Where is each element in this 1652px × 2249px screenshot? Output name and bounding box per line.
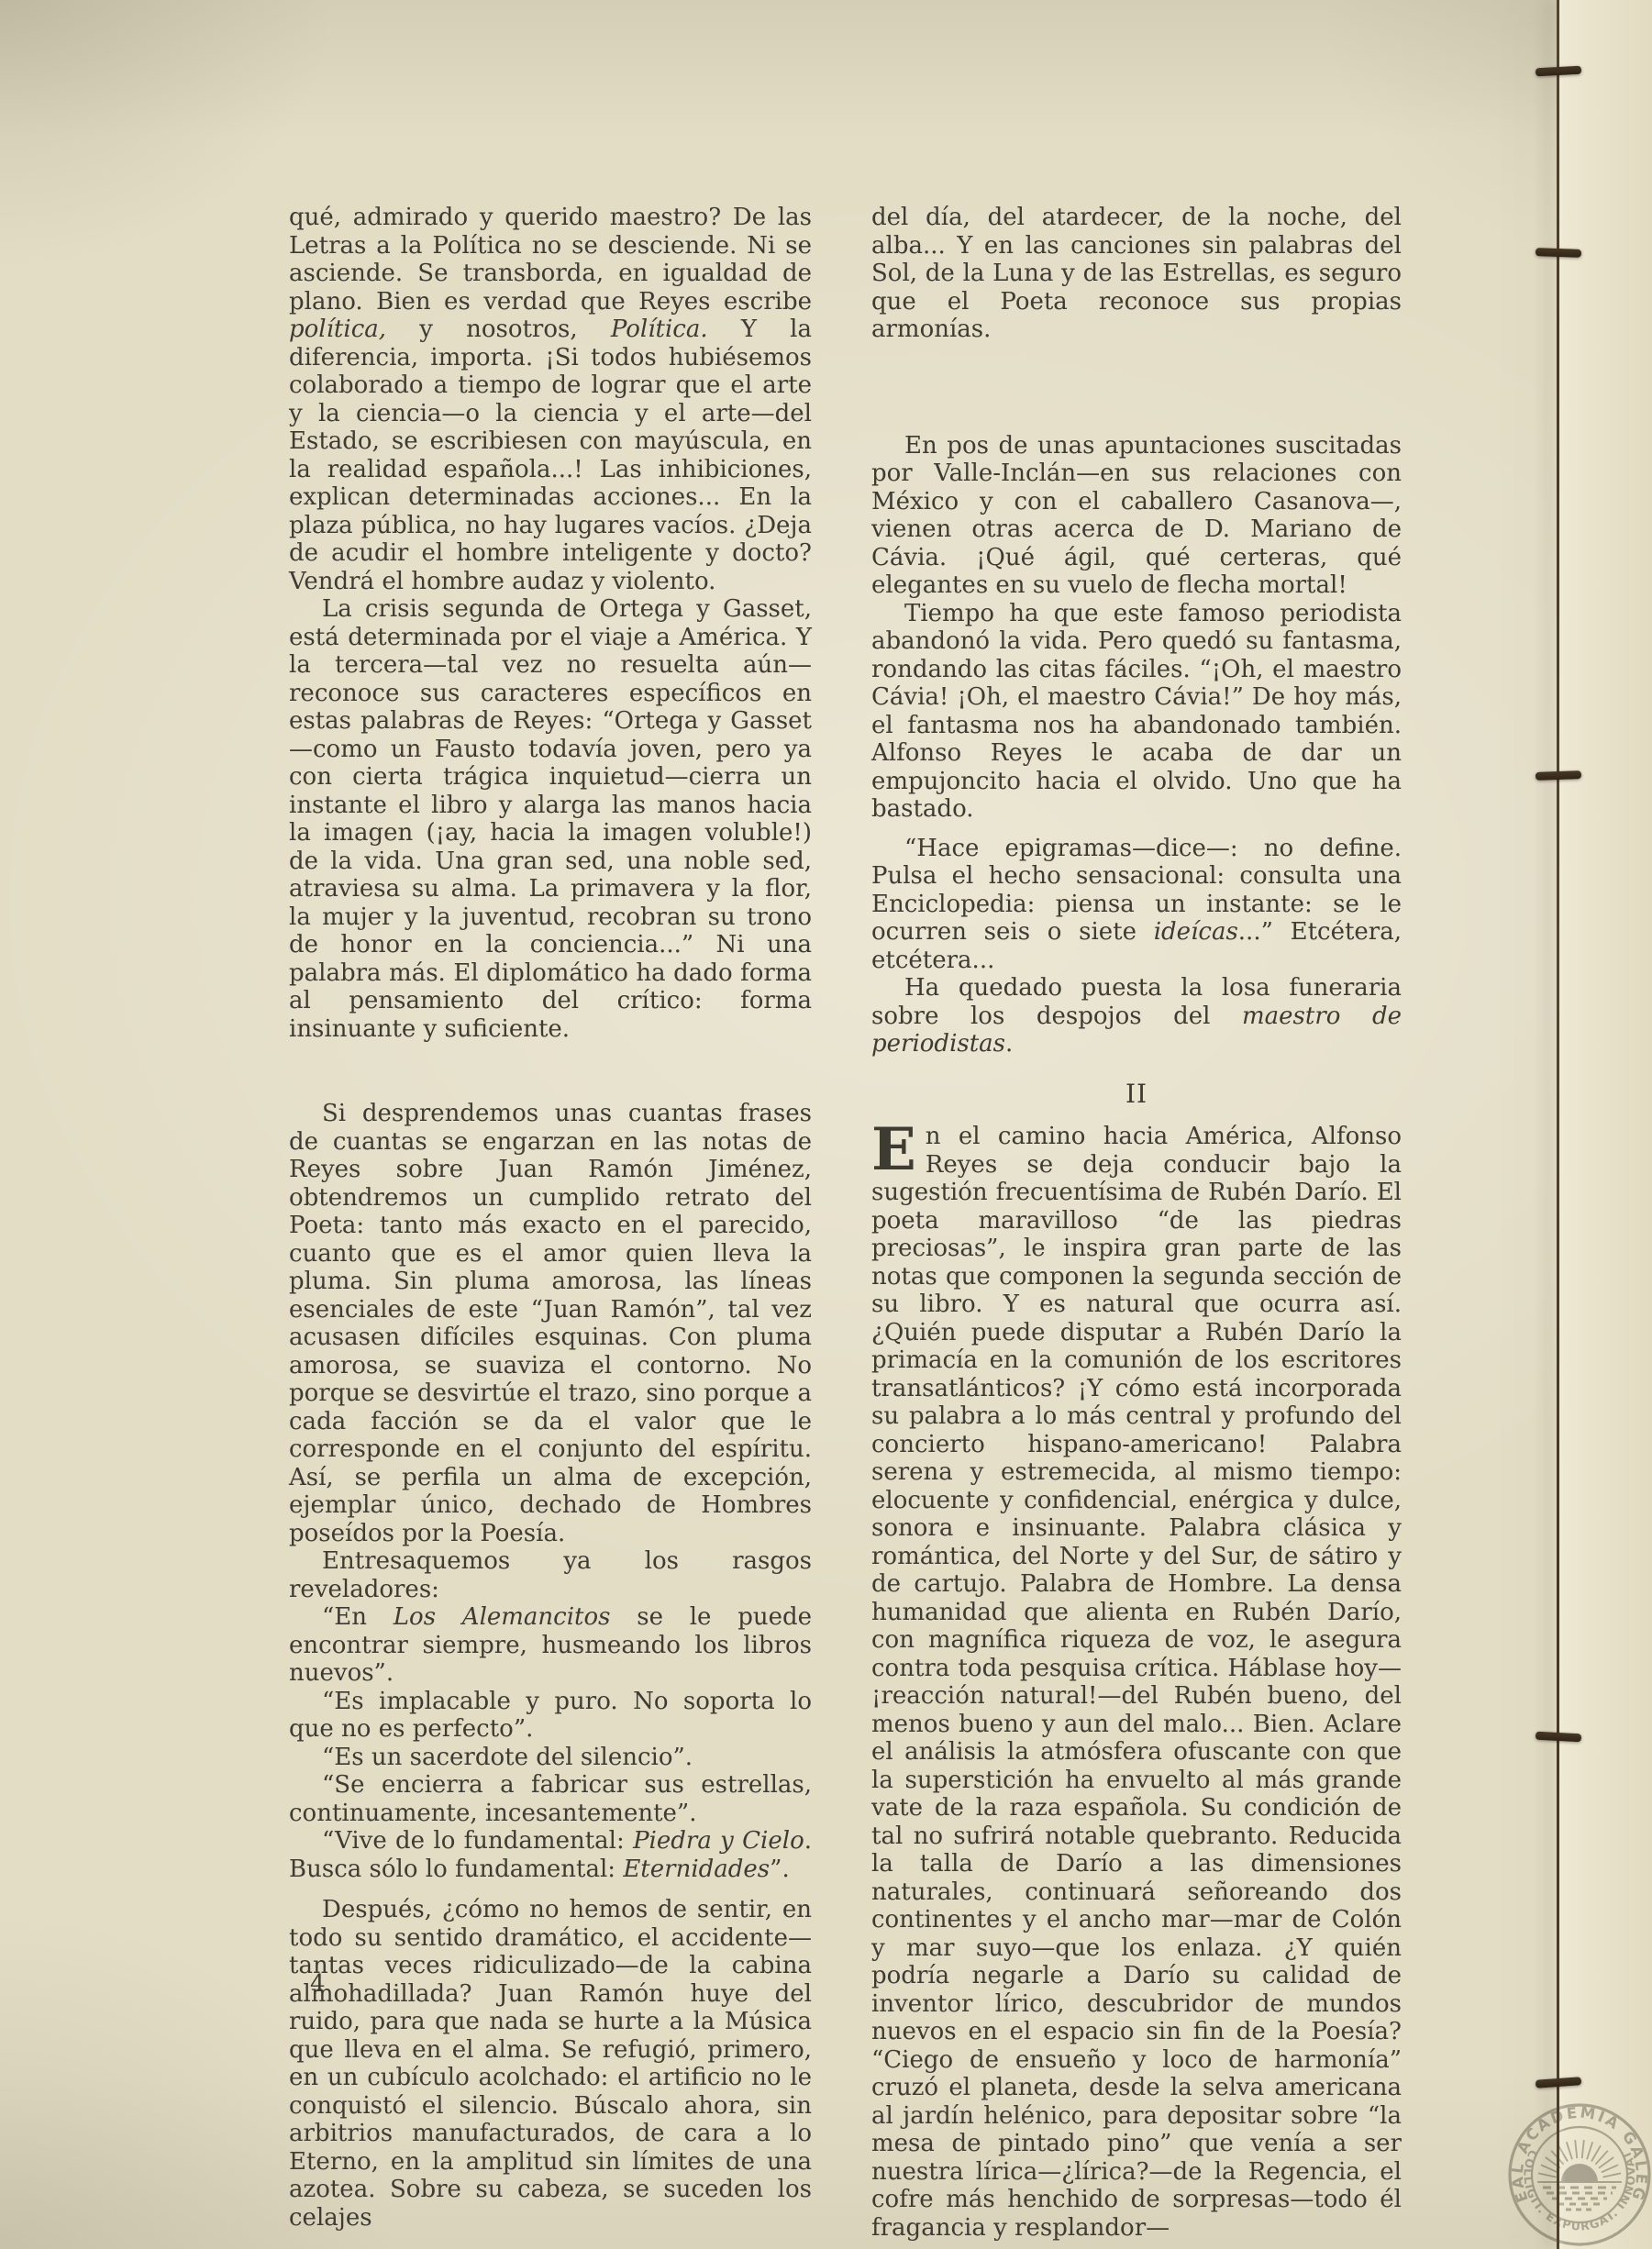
text-run: Si desprendemos unas cuantas frases de c… (289, 1100, 812, 1547)
text-run: “Se encierra a fabricar sus estrellas, c… (289, 1771, 812, 1827)
italic-text-run: Piedra y Cielo (633, 1827, 804, 1855)
right-text-column: del día, del atardecer, de la noche, del… (871, 204, 1402, 2242)
paragraph: Entresaquemos ya los rasgos reveladores: (289, 1547, 812, 1603)
library-stamp: REAL ACADEMIA GALEGA COLLIGIT. EXPURGAT.… (1499, 2094, 1652, 2249)
italic-text-run: Política. (611, 316, 708, 343)
paragraph: “En Los Alemancitos se le puede encontra… (289, 1603, 812, 1688)
text-run: n el camino hacia América, Alfonso Reyes… (871, 1123, 1402, 2242)
paragraph: Después, ¿cómo no hemos de sentir, en to… (289, 1896, 812, 2232)
adjacent-page-edge (1559, 0, 1652, 2249)
left-text-column: qué, admirado y querido maestro? De las … (289, 204, 812, 2232)
text-run: La crisis segunda de Ortega y Gasset, es… (289, 595, 812, 1043)
text-run: “En (322, 1603, 394, 1631)
paragraph: Tiempo ha que este famoso periodista aba… (871, 600, 1402, 824)
paragraph: Ha quedado puesta la losa funeraria sobr… (871, 974, 1402, 1058)
paragraph: Si desprendemos unas cuantas frases de c… (289, 1100, 812, 1547)
paragraph: “Se encierra a fabricar sus estrellas, c… (289, 1771, 812, 1827)
text-run: “Es un sacerdote del silencio”. (322, 1744, 693, 1771)
text-run: “Es implacable y puro. No soporta lo que… (289, 1688, 812, 1744)
paragraph: La crisis segunda de Ortega y Gasset, es… (289, 595, 812, 1043)
binding-stitch (1536, 1732, 1581, 1743)
stamp-bottom-text-path: COLLIGIT. EXPURGAT. INNOVAT (1521, 2148, 1637, 2233)
text-run: En pos de unas apuntaciones suscitadas p… (871, 432, 1402, 600)
paragraph: “Vive de lo fundamental: Piedra y Cielo.… (289, 1827, 812, 1883)
right-column-lower-block: En el camino hacia América, Alfonso Reye… (871, 1123, 1402, 2242)
section-heading: II (871, 1080, 1402, 1109)
binding-gutter-crease (1557, 0, 1559, 2249)
right-column-upper-block: del día, del atardecer, de la noche, del… (871, 204, 1402, 1058)
text-run: qué, admirado y querido maestro? De las … (289, 204, 812, 316)
page-number: 4 (310, 1970, 326, 1998)
binding-stitch (1536, 770, 1581, 781)
text-run: del día, del atardecer, de la noche, del… (871, 204, 1402, 343)
text-run: Y la diferencia, importa. ¡Si todos hubi… (289, 316, 812, 595)
italic-text-run: ideícas (1154, 918, 1238, 946)
italic-text-run: política, (289, 316, 386, 343)
paragraph: En pos de unas apuntaciones suscitadas p… (871, 432, 1402, 600)
text-run: “Vive de lo fundamental: (322, 1827, 633, 1855)
text-run: Después, ¿cómo no hemos de sentir, en to… (289, 1896, 812, 2232)
paragraph: En el camino hacia América, Alfonso Reye… (871, 1123, 1402, 2242)
sea-waves-icon (1543, 2188, 1616, 2210)
text-run: ”. (770, 1856, 790, 1883)
paragraph: del día, del atardecer, de la noche, del… (871, 204, 1402, 344)
italic-text-run: Eternidades (623, 1856, 770, 1883)
paragraph: qué, admirado y querido maestro? De las … (289, 204, 812, 595)
text-run: . (1005, 1030, 1013, 1058)
paragraph: “Hace epigramas—dice—: no define. Pulsa … (871, 835, 1402, 975)
book-page-scan: REAL ACADEMIA GALEGA COLLIGIT. EXPURGAT.… (0, 0, 1652, 2249)
text-run: Entresaquemos ya los rasgos reveladores: (289, 1547, 812, 1603)
text-run: y nosotros, (386, 316, 611, 343)
paragraph: “Es un sacerdote del silencio”. (289, 1744, 812, 1772)
rising-sun-icon (1537, 2140, 1622, 2210)
text-run: Tiempo ha que este famoso periodista aba… (871, 600, 1402, 824)
paragraph: “Es implacable y puro. No soporta lo que… (289, 1688, 812, 1744)
italic-text-run: Los Alemancitos (394, 1603, 611, 1631)
binding-stitch (1536, 248, 1581, 258)
drop-cap: E (871, 1127, 916, 1177)
